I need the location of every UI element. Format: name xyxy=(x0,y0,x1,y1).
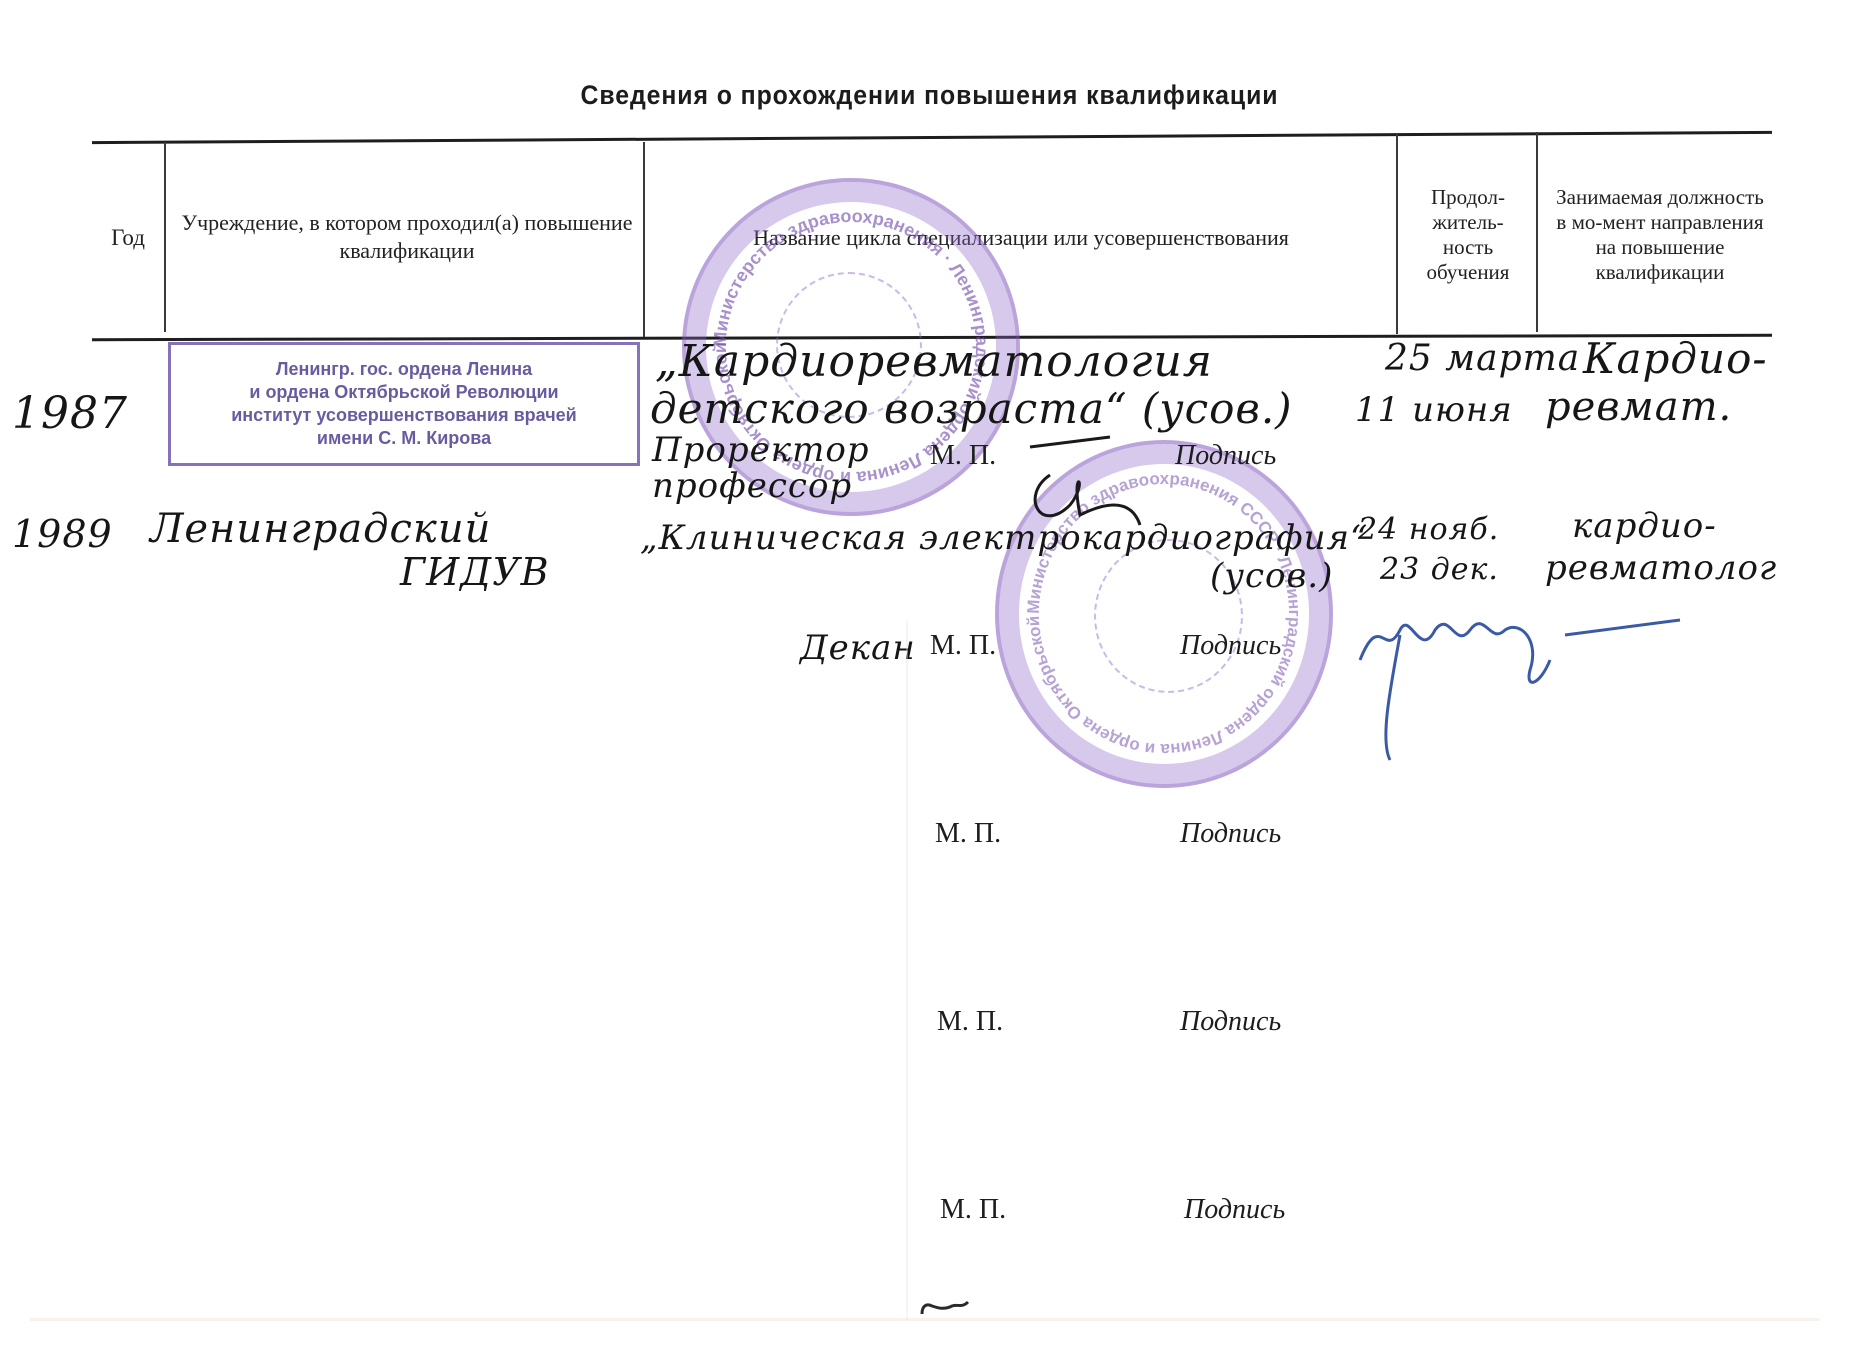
row2-institution-line1: Ленинградский xyxy=(150,506,491,552)
row1-position-line1: Кардио- xyxy=(1583,334,1768,383)
row2-position-line1: кардио- xyxy=(1572,506,1717,546)
empty-block-3-signature-label: Подпись xyxy=(1184,1194,1285,1226)
row2-year: 1989 xyxy=(12,512,113,556)
row1-position-line2: ревмат. xyxy=(1545,384,1732,430)
row1-duration-line1: 25 марта xyxy=(1385,338,1580,379)
row1-signer-title-line2: профессор xyxy=(652,466,852,506)
document-title: Сведения о прохождении повышения квалифи… xyxy=(74,80,1784,111)
stamp-line: и ордена Октябрьской Революции xyxy=(171,381,637,404)
stamp-line: Ленингр. гос. ордена Ленина xyxy=(171,358,637,381)
row1-institution-stamp: Ленингр. гос. ордена Ленина и ордена Окт… xyxy=(168,342,640,466)
empty-block-2-stamp-label: М. П. xyxy=(937,1006,1003,1038)
row2-signature-label: Подпись xyxy=(1180,630,1281,662)
row1-signer-title-line1: Проректор xyxy=(652,430,870,470)
row2-duration-line2: 23 дек. xyxy=(1380,552,1499,587)
page-fold-edge xyxy=(906,620,908,1320)
row2-duration-line1: 24 нояб. xyxy=(1358,512,1499,547)
row1-signature-label: Подпись xyxy=(1175,440,1276,472)
row2-stamp-label: М. П. xyxy=(930,630,996,662)
row1-year: 1987 xyxy=(12,388,128,439)
column-divider xyxy=(1396,134,1398,334)
empty-block-2-signature-label: Подпись xyxy=(1180,1006,1281,1038)
row1-duration-line2: 11 июня xyxy=(1355,390,1513,430)
empty-block-1-stamp-label: М. П. xyxy=(935,818,1001,850)
stamp-line: имени С. М. Кирова xyxy=(171,427,637,450)
stamp-line: институт усовершенствования врачей xyxy=(171,404,637,427)
header-position: Занимаемая должность в мо-мент направлен… xyxy=(1540,140,1780,330)
empty-block-1-signature-label: Подпись xyxy=(1180,818,1281,850)
row2-signer-title: Декан xyxy=(800,628,916,668)
ink-squiggle-mark xyxy=(918,1290,978,1320)
row1-stamp-label: М. П. xyxy=(930,440,996,472)
row1-cycle-name-line2: детского возраста“ (усов.) xyxy=(650,384,1293,433)
row2-institution-line2: ГИДУВ xyxy=(400,550,550,594)
row1-cycle-name-line1: „Кардиоревматология xyxy=(655,336,1213,387)
empty-block-3-stamp-label: М. П. xyxy=(940,1194,1006,1226)
row2-position-line2: ревматолог xyxy=(1545,548,1777,588)
row2-cycle-name-line1: „Клиническая электрокардиография“ xyxy=(640,518,1368,558)
column-divider xyxy=(164,142,166,332)
row2-handwritten-signature xyxy=(1340,590,1820,770)
row2-cycle-name-line2: (усов.) xyxy=(1210,556,1333,596)
column-divider xyxy=(643,142,645,337)
column-divider xyxy=(1536,132,1538,332)
header-duration: Продол-житель-ность обучения xyxy=(1400,140,1536,330)
header-institution: Учреждение, в котором проходил(а) повыше… xyxy=(172,142,642,332)
header-year: Год xyxy=(92,142,164,332)
